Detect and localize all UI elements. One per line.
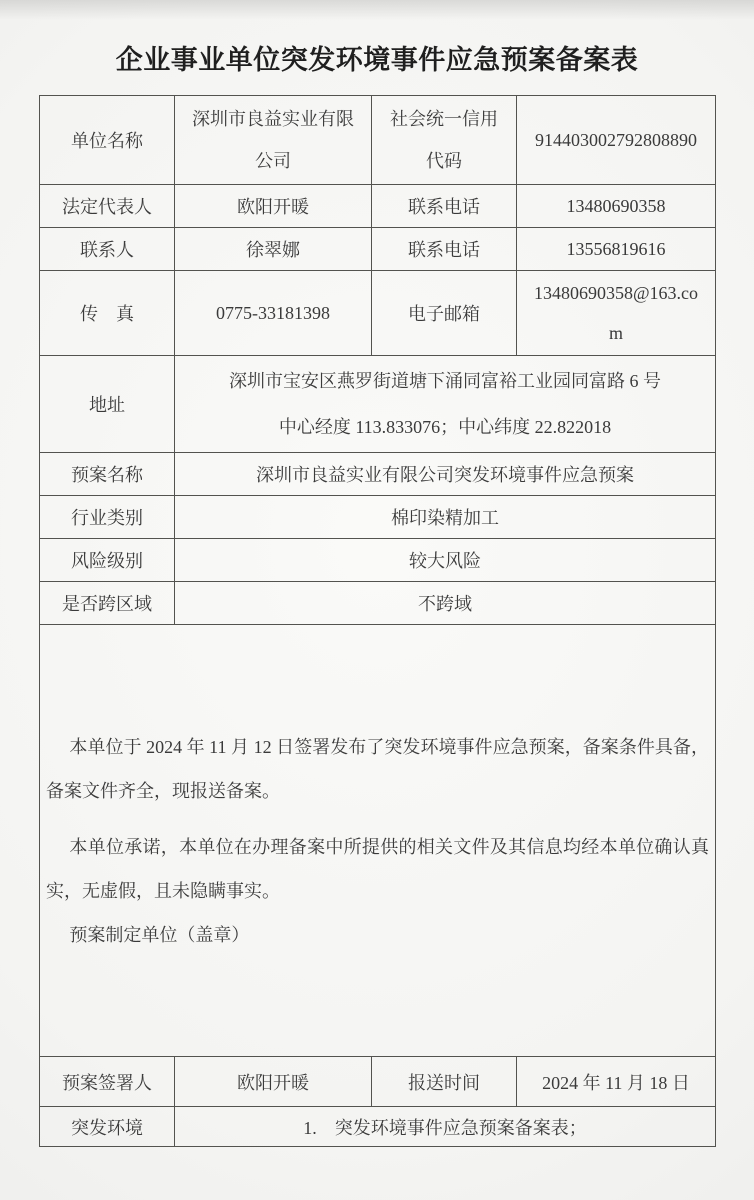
table-row: 是否跨区域 不跨域 [40, 582, 716, 625]
fax-value: 0775-33181398 [175, 271, 372, 356]
table-row: 本单位于 2024 年 11 月 12 日签署发布了突发环境事件应急预案，备案条… [40, 625, 716, 1057]
unit-name-text: 深圳市良益实业有限公司 [190, 98, 356, 182]
table-row: 传 真 0775-33181398 电子邮箱 13480690358@163.c… [40, 271, 716, 356]
contact-phone-value: 13556819616 [517, 228, 716, 271]
scanned-document-page: 企业事业单位突发环境事件应急预案备案表 单位名称 深圳市良益实业有限公司 社会统… [0, 0, 754, 1200]
credit-code-label-text: 社会统一信用代码 [388, 98, 500, 182]
address-coordinates: 中心经度 113.833076；中心纬度 22.822018 [181, 404, 709, 450]
page-title: 企业事业单位突发环境事件应急预案备案表 [0, 0, 754, 76]
legal-rep-value: 欧阳开暖 [175, 185, 372, 228]
declaration-paragraph-2: 本单位承诺，本单位在办理备案中所提供的相关文件及其信息均经本单位确认真实，无虚假… [46, 825, 709, 913]
address-label: 地址 [40, 356, 175, 453]
email-value: 13480690358@163.com [517, 271, 716, 356]
cross-region-value: 不跨域 [175, 582, 716, 625]
industry-value: 棉印染精加工 [175, 496, 716, 539]
unit-name-label: 单位名称 [40, 96, 175, 185]
attachments-label: 突发环境 [40, 1107, 175, 1147]
filing-form-table: 单位名称 深圳市良益实业有限公司 社会统一信用代码 91440300279280… [39, 95, 716, 1147]
unit-name-value: 深圳市良益实业有限公司 [175, 96, 372, 185]
industry-label: 行业类别 [40, 496, 175, 539]
legal-rep-phone-value: 13480690358 [517, 185, 716, 228]
email-label: 电子邮箱 [372, 271, 517, 356]
table-row: 联系人 徐翠娜 联系电话 13556819616 [40, 228, 716, 271]
table-row: 地址 深圳市宝安区燕罗街道塘下涌同富裕工业园同富路 6 号 中心经度 113.8… [40, 356, 716, 453]
table-row: 行业类别 棉印染精加工 [40, 496, 716, 539]
table-row: 风险级别 较大风险 [40, 539, 716, 582]
plan-name-value: 深圳市良益实业有限公司突发环境事件应急预案 [175, 453, 716, 496]
risk-level-value: 较大风险 [175, 539, 716, 582]
contact-phone-label: 联系电话 [372, 228, 517, 271]
email-text: 13480690358@163.com [530, 273, 702, 353]
credit-code-label: 社会统一信用代码 [372, 96, 517, 185]
table-row: 预案签署人 欧阳开暖 报送时间 2024 年 11 月 18 日 [40, 1057, 716, 1107]
table-row: 预案名称 深圳市良益实业有限公司突发环境事件应急预案 [40, 453, 716, 496]
declaration-cell: 本单位于 2024 年 11 月 12 日签署发布了突发环境事件应急预案，备案条… [40, 625, 716, 1057]
legal-rep-phone-label: 联系电话 [372, 185, 517, 228]
fax-label: 传 真 [40, 271, 175, 356]
credit-code-value: 914403002792808890 [517, 96, 716, 185]
address-line1: 深圳市宝安区燕罗街道塘下涌同富裕工业园同富路 6 号 [181, 358, 709, 404]
risk-level-label: 风险级别 [40, 539, 175, 582]
contact-label: 联系人 [40, 228, 175, 271]
table-row: 突发环境 1. 突发环境事件应急预案备案表； [40, 1107, 716, 1147]
stamp-line: 预案制定单位（盖章） [46, 913, 709, 957]
declaration-paragraph-1: 本单位于 2024 年 11 月 12 日签署发布了突发环境事件应急预案，备案条… [46, 725, 709, 813]
cross-region-label: 是否跨区域 [40, 582, 175, 625]
attachments-item-1: 1. 突发环境事件应急预案备案表； [175, 1107, 716, 1147]
table-row: 单位名称 深圳市良益实业有限公司 社会统一信用代码 91440300279280… [40, 96, 716, 185]
table-row: 法定代表人 欧阳开暖 联系电话 13480690358 [40, 185, 716, 228]
submit-time-value: 2024 年 11 月 18 日 [517, 1057, 716, 1107]
address-value: 深圳市宝安区燕罗街道塘下涌同富裕工业园同富路 6 号 中心经度 113.8330… [175, 356, 716, 453]
signer-value: 欧阳开暖 [175, 1057, 372, 1107]
contact-value: 徐翠娜 [175, 228, 372, 271]
plan-name-label: 预案名称 [40, 453, 175, 496]
legal-rep-label: 法定代表人 [40, 185, 175, 228]
signer-label: 预案签署人 [40, 1057, 175, 1107]
submit-time-label: 报送时间 [372, 1057, 517, 1107]
